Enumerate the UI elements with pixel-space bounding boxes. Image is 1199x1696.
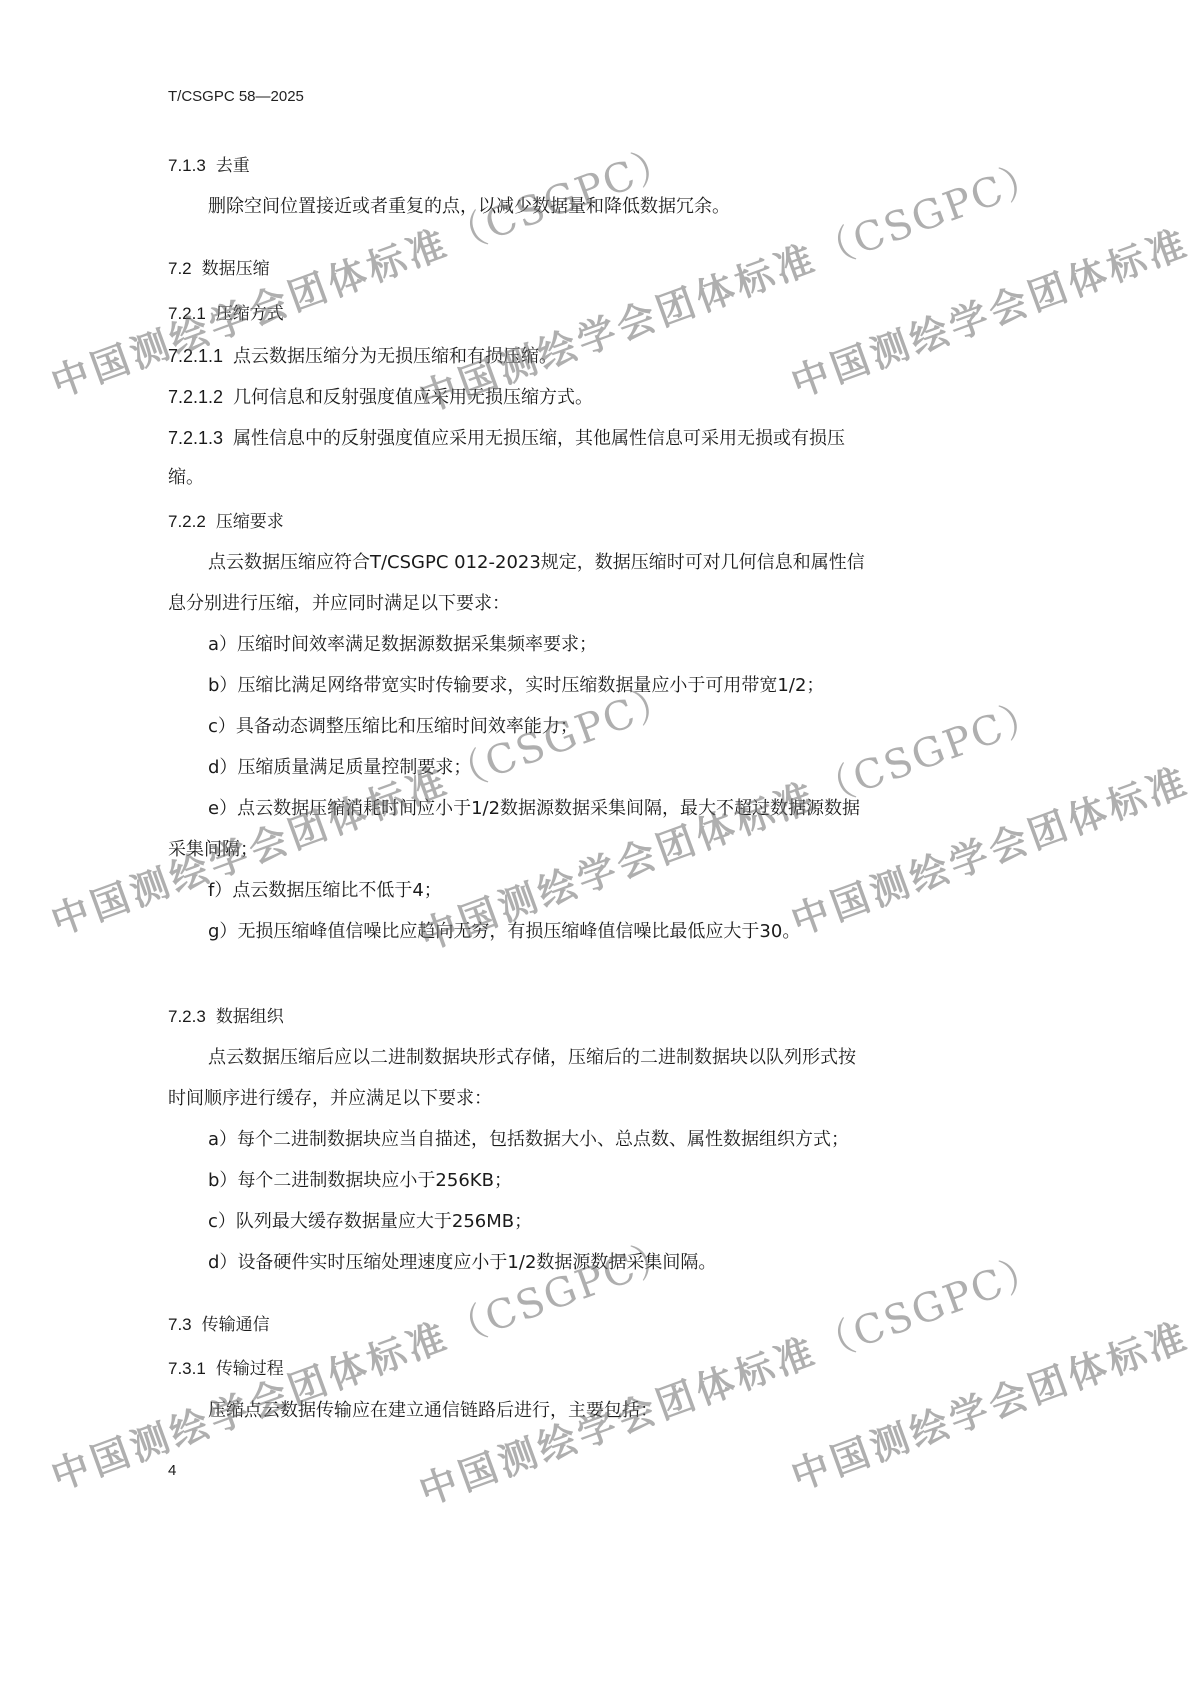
list-item-d: d）压缩质量满足质量控制要求； [208,757,471,779]
section-heading-7-1-3: 7.1.3去重 [168,155,250,177]
list-text: 点云数据压缩比不低于4； [232,880,441,901]
paragraph-7-2-2-line2: 息分别进行压缩，并应同时满足以下要求： [168,593,510,615]
list-text: 点云数据压缩消耗时间应小于1/2数据源数据采集间隔，最大不超过数据源数据 [237,798,860,819]
list-text: 压缩质量满足质量控制要求； [237,757,471,778]
list-item-c: c）具备动态调整压缩比和压缩时间效率能力； [208,716,578,738]
section-heading-7-2-2: 7.2.2压缩要求 [168,511,284,533]
clause-7-2-1-1: 7.2.1.1点云数据压缩分为无损压缩和有损压缩。 [168,345,557,368]
list-label: b） [208,1170,237,1191]
section-title: 去重 [216,156,250,176]
document-page: T/CSGPC 58—2025 7.1.3去重 删除空间位置接近或者重复的点，以… [0,0,1199,1696]
section-title: 传输通信 [202,1315,270,1335]
paragraph-7-2-3-line2: 时间顺序进行缓存，并应满足以下要求： [168,1088,492,1110]
section-title: 数据压缩 [202,259,270,279]
clause-7-2-1-3-continued: 缩。 [168,467,204,489]
list-label: c） [208,716,236,737]
list-item-b: b）每个二进制数据块应小于256KB； [208,1170,512,1192]
section-heading-7-2: 7.2数据压缩 [168,258,270,280]
list-label: d） [208,1252,237,1273]
list-text: 具备动态调整压缩比和压缩时间效率能力； [236,716,578,737]
list-text: 每个二进制数据块应小于256KB； [237,1170,512,1191]
section-title: 压缩方式 [216,304,284,324]
section-heading-7-3-1: 7.3.1传输过程 [168,1358,284,1380]
section-number: 7.3.1 [168,1359,206,1378]
section-heading-7-3: 7.3传输通信 [168,1314,270,1336]
section-heading-7-2-1: 7.2.1压缩方式 [168,303,284,325]
list-item-e-continued: 采集间隔； [168,839,258,861]
list-item-e: e）点云数据压缩消耗时间应小于1/2数据源数据采集间隔，最大不超过数据源数据 [208,798,860,820]
list-label: e） [208,798,237,819]
list-label: a） [208,634,237,655]
section-number: 7.2.2 [168,512,206,531]
section-number: 7.3 [168,1315,192,1334]
list-text: 设备硬件实时压缩处理速度应小于1/2数据源数据采集间隔。 [237,1252,716,1273]
list-label: f） [208,880,232,901]
section-title: 压缩要求 [216,512,284,532]
list-label: d） [208,757,237,778]
list-item-d: d）设备硬件实时压缩处理速度应小于1/2数据源数据采集间隔。 [208,1252,716,1274]
clause-number: 7.2.1.2 [168,387,223,407]
paragraph-7-1-3: 删除空间位置接近或者重复的点，以减少数据量和降低数据冗余。 [208,196,730,218]
list-item-f: f）点云数据压缩比不低于4； [208,880,442,902]
page-number: 4 [168,1460,176,1482]
list-text: 每个二进制数据块应当自描述，包括数据大小、总点数、属性数据组织方式； [237,1129,849,1150]
clause-number: 7.2.1.1 [168,346,223,366]
clause-7-2-1-2: 7.2.1.2几何信息和反射强度值应采用无损压缩方式。 [168,386,593,409]
list-item-a: a）压缩时间效率满足数据源数据采集频率要求； [208,634,597,656]
list-label: g） [208,921,237,942]
list-label: b） [208,675,237,696]
clause-text: 属性信息中的反射强度值应采用无损压缩，其他属性信息可采用无损或有损压 [233,428,845,449]
list-text: 压缩时间效率满足数据源数据采集频率要求； [237,634,597,655]
section-number: 7.1.3 [168,156,206,175]
paragraph-7-2-2-line1: 点云数据压缩应符合T/CSGPC 012-2023规定，数据压缩时可对几何信息和… [208,552,865,574]
paragraph-7-2-3-line1: 点云数据压缩后应以二进制数据块形式存储，压缩后的二进制数据块以队列形式按 [208,1047,856,1069]
clause-text: 点云数据压缩分为无损压缩和有损压缩。 [233,346,557,367]
list-item-g: g）无损压缩峰值信噪比应趋向无穷，有损压缩峰值信噪比最低应大于30。 [208,921,800,943]
clause-text: 几何信息和反射强度值应采用无损压缩方式。 [233,387,593,408]
list-text: 无损压缩峰值信噪比应趋向无穷，有损压缩峰值信噪比最低应大于30。 [237,921,800,942]
section-heading-7-2-3: 7.2.3数据组织 [168,1006,284,1028]
list-label: c） [208,1211,236,1232]
standard-code-header: T/CSGPC 58—2025 [168,86,304,108]
list-label: a） [208,1129,237,1150]
section-title: 数据组织 [216,1007,284,1027]
section-title: 传输过程 [216,1359,284,1379]
section-number: 7.2 [168,259,192,278]
list-item-a: a）每个二进制数据块应当自描述，包括数据大小、总点数、属性数据组织方式； [208,1129,849,1151]
section-number: 7.2.1 [168,304,206,323]
clause-7-2-1-3: 7.2.1.3属性信息中的反射强度值应采用无损压缩，其他属性信息可采用无损或有损… [168,427,845,450]
clause-number: 7.2.1.3 [168,428,223,448]
section-number: 7.2.3 [168,1007,206,1026]
list-item-b: b）压缩比满足网络带宽实时传输要求，实时压缩数据量应小于可用带宽1/2； [208,675,824,697]
list-item-c: c）队列最大缓存数据量应大于256MB； [208,1211,532,1233]
list-text: 队列最大缓存数据量应大于256MB； [236,1211,532,1232]
list-text: 压缩比满足网络带宽实时传输要求，实时压缩数据量应小于可用带宽1/2； [237,675,824,696]
paragraph-7-3-1: 压缩点云数据传输应在建立通信链路后进行，主要包括： [208,1400,658,1422]
